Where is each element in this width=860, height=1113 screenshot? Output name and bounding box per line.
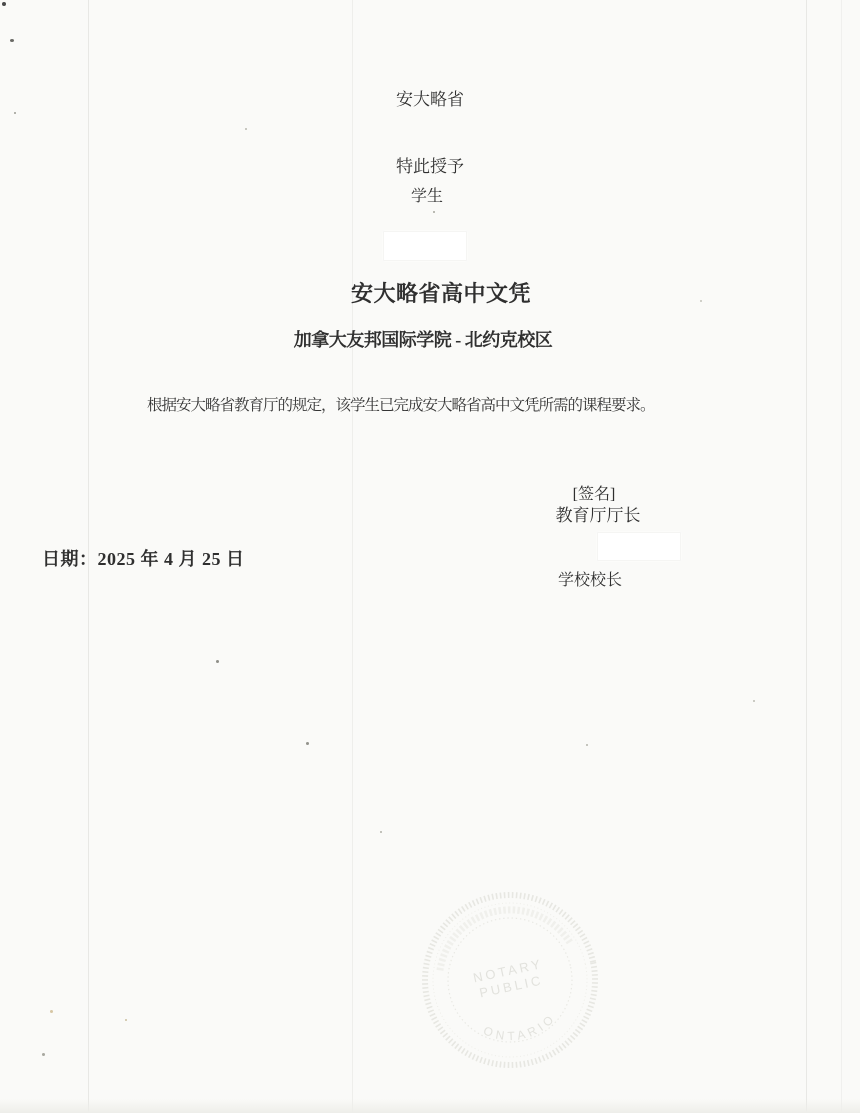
- fold-line-center: [352, 0, 353, 1113]
- scan-speck: [2, 2, 6, 6]
- scan-speck: [380, 831, 382, 833]
- scan-bottom-edge: [0, 1099, 860, 1113]
- scan-speck: [50, 1010, 53, 1013]
- scan-speck: [10, 39, 14, 42]
- scan-speck: [700, 300, 702, 302]
- scan-speck: [216, 660, 219, 663]
- seal-top-arc-illegible-text: [430, 898, 570, 971]
- date-line: 日期：2025 年 4 月 25 日: [42, 549, 245, 570]
- scan-speck: [306, 742, 309, 745]
- scan-speck: [42, 1053, 45, 1056]
- province-label: 安大略省: [396, 90, 464, 110]
- school-name: 加拿大友邦国际学院 - 北约克校区: [294, 330, 553, 351]
- scan-speck: [753, 700, 755, 702]
- seal-bottom-arc-text-wrap: ONTARIO: [479, 1009, 562, 1050]
- scan-speck: [245, 128, 247, 130]
- recipient-label: 学生: [411, 188, 443, 206]
- signature-placeholder: [签名]: [573, 486, 616, 504]
- scanned-diploma-page: 安大略省 特此授予 学生 安大略省高中文凭 加拿大友邦国际学院 - 北约克校区 …: [0, 0, 860, 1113]
- body-paragraph: 根据安大略省教育厅的规定，该学生已完成安大略省高中文凭所需的课程要求。: [147, 397, 655, 415]
- scan-speck: [125, 1019, 127, 1021]
- scan-speck: [586, 744, 588, 746]
- grant-phrase: 特此授予: [396, 157, 464, 177]
- redaction-principal-signature: [597, 532, 681, 561]
- scan-speck: [433, 211, 435, 213]
- scan-speck: [14, 112, 16, 114]
- notary-seal-icon: NOTARY PUBLIC ONTARIO: [408, 878, 612, 1082]
- seal-bottom-arc-text: ONTARIO: [479, 1009, 562, 1050]
- fold-line-right: [806, 0, 807, 1113]
- fold-line-far-right: [841, 0, 842, 1113]
- diploma-title: 安大略省高中文凭: [351, 281, 531, 306]
- minister-title: 教育厅厅长: [556, 506, 641, 526]
- redaction-student-name: [383, 231, 467, 261]
- principal-title: 学校校长: [558, 572, 622, 590]
